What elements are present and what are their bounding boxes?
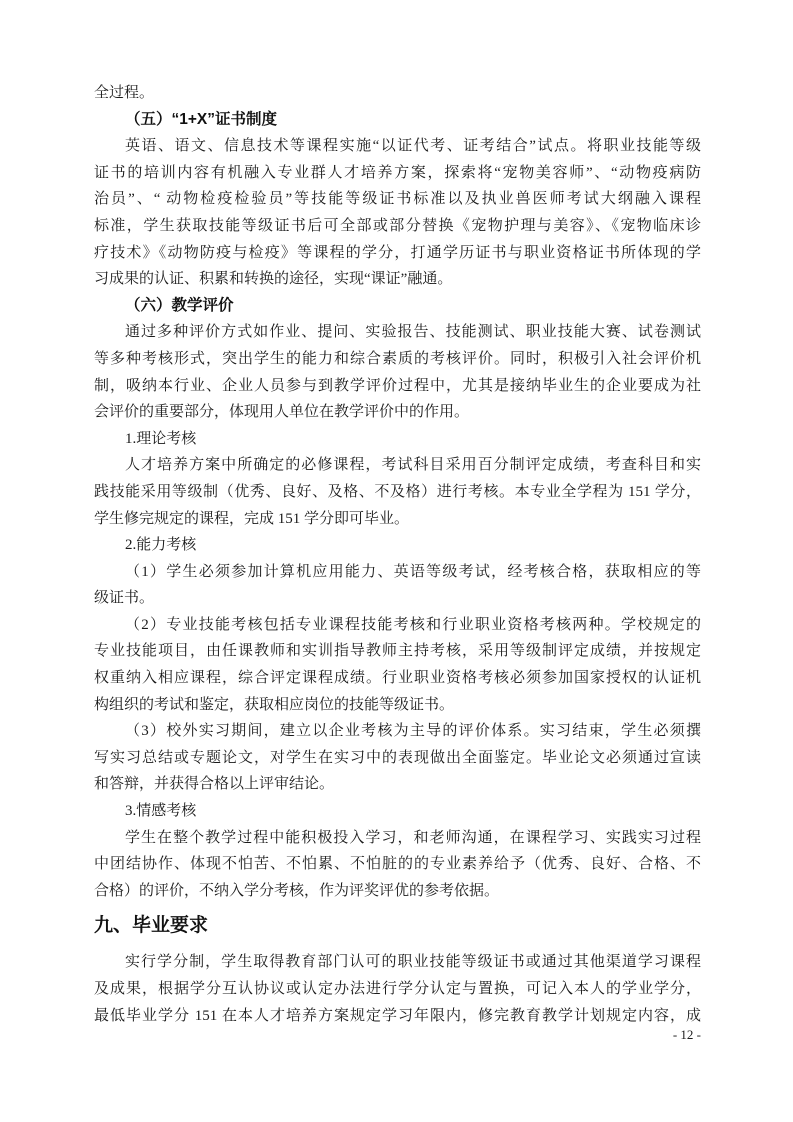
paragraph-line: 习成果的认证、积累和转换的途径，实现“课证”融通。 [94, 266, 701, 293]
paragraph-line: 证书的培训内容有机融入专业群人才培养方案，探索将“宠物美容师”、“动物疫病防 [94, 160, 701, 187]
paragraph-line: 权重纳入相应课程，综合评定课程成绩。行业职业资格考核必须参加国家授权的认证机 [94, 665, 701, 692]
paragraph-line: 实行学分制，学生取得教育部门认可的职业技能等级证书或通过其他渠道学习课程 [94, 949, 701, 976]
paragraph-line: 标准，学生获取技能等级证书后可全部或部分替换《宠物护理与美容》、《宠物临床诊 [94, 213, 701, 240]
paragraph-line: （2）专业技能考核包括专业课程技能考核和行业职业资格考核两种。学校规定的 [94, 612, 701, 639]
paragraph-line: 最低毕业学分 151 在本人才培养方案规定学习年限内，修完教育教学计划规定内容，… [94, 1003, 701, 1030]
paragraph-line: 学生修完规定的课程，完成 151 学分即可毕业。 [94, 506, 701, 533]
subsection-heading: （六）教学评价 [94, 293, 701, 320]
paragraph-line: 等多种考核形式，突出学生的能力和综合素质的考核评价。同时，积极引入社会评价机 [94, 346, 701, 373]
paragraph-line: 中团结协作、体现不怕苦、不怕累、不怕脏的的专业素养给予（优秀、良好、合格、不 [94, 851, 701, 878]
subsection-heading: （五）“1+X”证书制度 [94, 107, 701, 134]
list-item-heading: 1.理论考核 [94, 426, 701, 453]
paragraph-line: （3）校外实习期间，建立以企业考核为主导的评价体系。实习结束，学生必须撰 [94, 718, 701, 745]
paragraph-line: 会评价的重要部分，体现用人单位在教学评价中的作用。 [94, 399, 701, 426]
paragraph-line: （1）学生必须参加计算机应用能力、英语等级考试，经考核合格，获取相应的等 [94, 559, 701, 586]
paragraph-line: 践技能采用等级制（优秀、良好、及格、不及格）进行考核。本专业全学程为 151 学… [94, 479, 701, 506]
paragraph-line: 专业技能项目，由任课教师和实训指导教师主持考核，采用等级制评定成绩，并按规定 [94, 638, 701, 665]
paragraph-line: 制，吸纳本行业、企业人员参与到教学评价过程中，尤其是接纳毕业生的企业要成为社 [94, 373, 701, 400]
section-heading: 九、毕业要求 [94, 912, 701, 940]
paragraph-line: 合格）的评价，不纳入学分考核，作为评奖评优的参考依据。 [94, 878, 701, 905]
paragraph-line: 和答辩，并获得合格以上评审结论。 [94, 771, 701, 798]
paragraph-line: 构组织的考试和鉴定，获取相应岗位的技能等级证书。 [94, 692, 701, 719]
paragraph-line: 治员”、“ 动物检疫检验员”等技能等级证书标准以及执业兽医师考试大纲融入课程 [94, 186, 701, 213]
paragraph-line: 人才培养方案中所确定的必修课程，考试科目采用百分制评定成绩，考查科目和实 [94, 452, 701, 479]
list-item-heading: 2.能力考核 [94, 532, 701, 559]
list-item-heading: 3.情感考核 [94, 798, 701, 825]
paragraph-line: 写实习总结或专题论文，对学生在实习中的表现做出全面鉴定。毕业论文必须通过宣读 [94, 745, 701, 772]
paragraph-line: 通过多种评价方式如作业、提问、实验报告、技能测试、职业技能大赛、试卷测试 [94, 319, 701, 346]
page-number: - 12 - [0, 1027, 701, 1043]
paragraph-line: 全过程。 [94, 80, 701, 107]
paragraph-line: 及成果，根据学分互认协议或认定办法进行学分认定与置换，可记入本人的学业学分， [94, 976, 701, 1003]
document-body: 全过程。（五）“1+X”证书制度英语、语文、信息技术等课程实施“以证代考、证考结… [94, 80, 701, 1029]
paragraph-line: 学生在整个教学过程中能积极投入学习，和老师沟通，在课程学习、实践实习过程 [94, 825, 701, 852]
paragraph-line: 英语、语文、信息技术等课程实施“以证代考、证考结合”试点。将职业技能等级 [94, 133, 701, 160]
paragraph-line: 疗技术》《动物防疫与检疫》等课程的学分，打通学历证书与职业资格证书所体现的学 [94, 240, 701, 267]
paragraph-line: 级证书。 [94, 585, 701, 612]
document-page: 全过程。（五）“1+X”证书制度英语、语文、信息技术等课程实施“以证代考、证考结… [0, 0, 793, 1122]
